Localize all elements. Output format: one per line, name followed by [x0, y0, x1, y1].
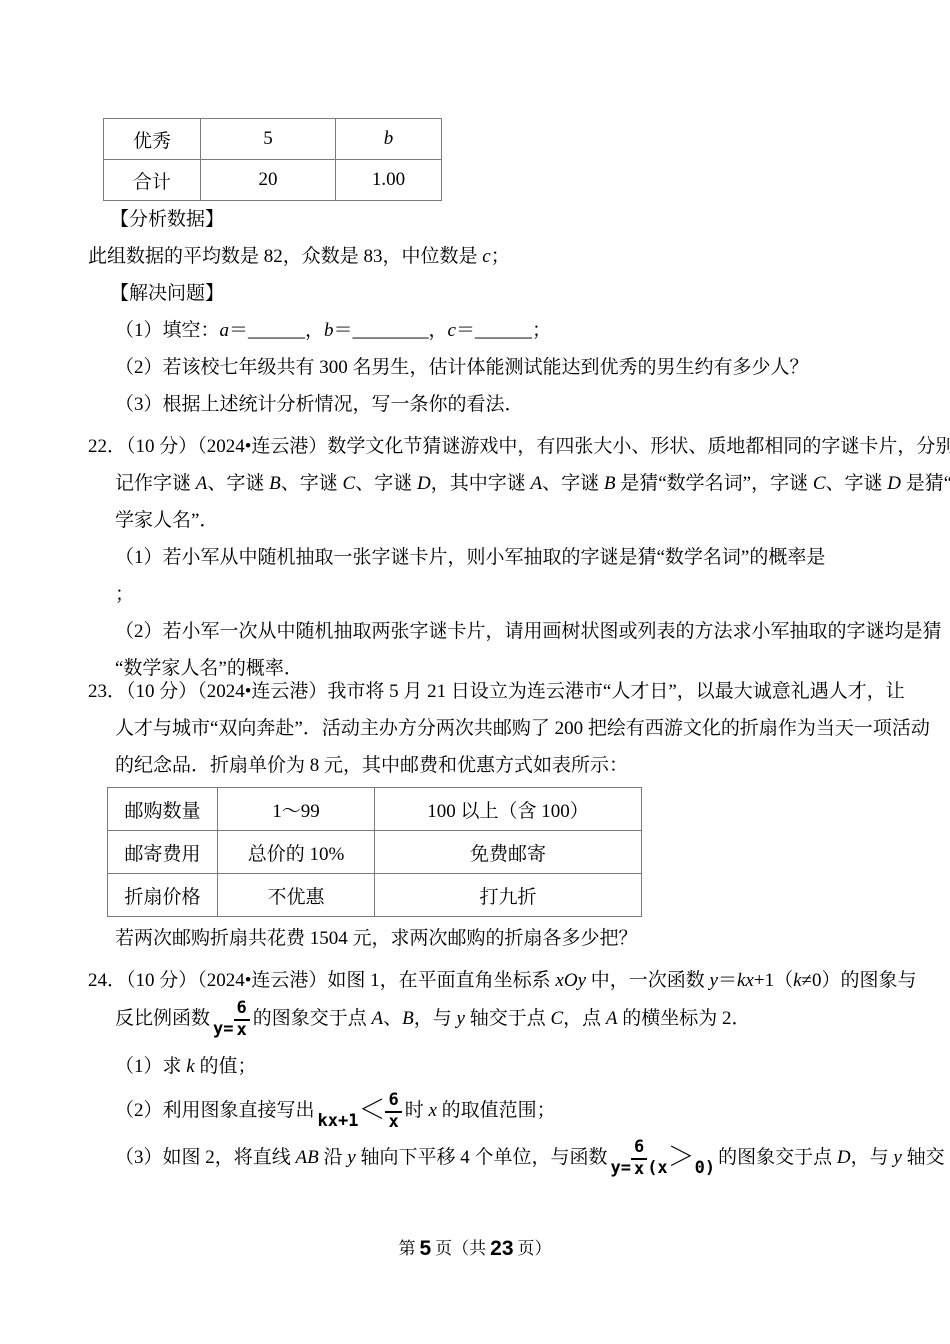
q21-part2: （2）若该校七年级共有 300 名男生，估计体能测试能达到优秀的男生约有多少人？: [88, 349, 900, 386]
current-page-number: 5: [419, 1237, 431, 1260]
q24-part2-suffix: 时 x 的取值范围；: [405, 1100, 556, 1121]
q22-part1-line2: ；: [88, 576, 900, 613]
exam-document-page: 优秀 5 b 合计 20 1.00 【分析数据】 此组数据的平均数是 82，众数…: [0, 0, 950, 1344]
q24-stem-text: （10 分）（2024•连云港）如图 1，在平面直角坐标系 xOy 中，一次函数…: [126, 970, 916, 991]
q22-line2: 记作字谜 A、字谜 B、字谜 C、字谜 D，其中字谜 A、字谜 B 是猜“数学名…: [88, 465, 900, 502]
q24-part3-prefix: （3）如图 2，将直线 AB 沿 y 轴向下平移 4 个单位，与函数: [115, 1147, 607, 1168]
quantity-range2-cell: 100 以上（含 100）: [375, 788, 642, 831]
q24-line2-prefix: 反比例函数: [115, 1008, 210, 1029]
fraction: 6x: [385, 1091, 401, 1132]
q24-part2: （2）利用图象直接写出kx+1＜6x时 x 的取值范围；: [88, 1091, 900, 1132]
reciprocal-function-domain-formula: y=6x(x＞0): [610, 1138, 715, 1179]
q24-part3: （3）如图 2，将直线 AB 沿 y 轴向下平移 4 个单位，与函数y=6x(x…: [88, 1138, 900, 1179]
fraction-numerator: 6: [234, 999, 250, 1021]
q23-stem-text: （10 分）（2024•连云港）我市将 5 月 21 日设立为连云港市“人才日”…: [126, 681, 905, 702]
footer-suffix: 页）: [518, 1239, 552, 1258]
fraction-denominator: x: [234, 1021, 250, 1041]
solve-problem-header: 【解决问题】: [88, 275, 900, 312]
mail-order-table: 邮购数量 1～99 100 以上（含 100） 邮寄费用 总价的 10% 免费邮…: [107, 787, 642, 917]
grade-label-cell: 优秀: [104, 119, 201, 160]
q23-question-text: 若两次邮购折扇共花费 1504 元，求两次邮购的折扇各多少把？: [88, 920, 900, 957]
reciprocal-function-formula: y=6x: [213, 999, 250, 1040]
domain-open: (x: [647, 1150, 667, 1187]
table-row: 合计 20 1.00: [104, 160, 442, 201]
formula-lhs: kx+1: [318, 1103, 359, 1140]
inequality-formula: kx+1＜6x: [318, 1091, 402, 1132]
total-label-cell: 合计: [104, 160, 201, 201]
q23-line2: 人才与城市“双向奔赴”．活动主办方分两次共邮购了 200 把绘有西游文化的折扇作…: [88, 710, 900, 747]
q24-part1: （1）求 k 的值；: [88, 1048, 900, 1085]
count-cell: 5: [201, 119, 336, 160]
q24-line2: 反比例函数y=6x的图象交于点 A、B，与 y 轴交于点 C，点 A 的横坐标为…: [88, 999, 900, 1040]
postage-range2-cell: 免费邮寄: [375, 831, 642, 874]
q21-part3: （3）根据上述统计分析情况，写一条你的看法．: [88, 386, 900, 423]
postage-range1-cell: 总价的 10%: [218, 831, 375, 874]
footer-prefix: 第: [398, 1239, 415, 1258]
less-than-sign: ＜: [358, 1092, 385, 1129]
total-count-cell: 20: [201, 160, 336, 201]
fraction: 6x: [631, 1138, 647, 1179]
price-range2-cell: 打九折: [375, 874, 642, 917]
fraction-denominator: x: [385, 1113, 401, 1133]
formula-lhs: y=: [213, 1011, 233, 1048]
q24-number: 24．: [88, 970, 126, 991]
q22-line3: 学家人名”．: [88, 502, 900, 539]
frequency-cell: b: [336, 119, 442, 160]
analysis-data-text: 此组数据的平均数是 82，众数是 83，中位数是 c；: [88, 238, 900, 275]
q23-line1: 23．（10 分）（2024•连云港）我市将 5 月 21 日设立为连云港市“人…: [88, 673, 900, 710]
q24-part2-prefix: （2）利用图象直接写出: [115, 1100, 315, 1121]
table-row: 优秀 5 b: [104, 119, 442, 160]
q21-part1-fill-blanks: （1）填空：a＝______，b＝________，c＝______；: [88, 312, 900, 349]
price-header-cell: 折扇价格: [108, 874, 218, 917]
frequency-table-partial: 优秀 5 b 合计 20 1.00: [103, 118, 442, 201]
quantity-range1-cell: 1～99: [218, 788, 375, 831]
total-pages: 23: [490, 1237, 513, 1260]
fraction: 6x: [234, 999, 250, 1040]
price-range1-cell: 不优惠: [218, 874, 375, 917]
domain-close: 0): [695, 1150, 715, 1187]
page-footer: 第5页（共23页）: [0, 1236, 950, 1262]
q22-part1-line1: （1）若小军从中随机抽取一张字谜卡片，则小军抽取的字谜是猜“数学名词”的概率是: [88, 539, 900, 576]
fraction-denominator: x: [631, 1160, 647, 1180]
total-frequency-cell: 1.00: [336, 160, 442, 201]
q23-number: 23．: [88, 681, 126, 702]
footer-middle: 页（共: [435, 1239, 486, 1258]
table-row: 邮购数量 1～99 100 以上（含 100）: [108, 788, 642, 831]
postage-header-cell: 邮寄费用: [108, 831, 218, 874]
fraction-numerator: 6: [385, 1091, 401, 1113]
q22-number: 22．: [88, 436, 126, 457]
q24-line2-suffix: 的图象交于点 A、B，与 y 轴交于点 C，点 A 的横坐标为 2．: [253, 1008, 751, 1029]
analysis-data-header: 【分析数据】: [88, 201, 900, 238]
table-row: 邮寄费用 总价的 10% 免费邮寄: [108, 831, 642, 874]
q23-line3: 的纪念品．折扇单价为 8 元，其中邮费和优惠方式如表所示：: [88, 747, 900, 784]
formula-lhs: y=: [610, 1150, 630, 1187]
quantity-header-cell: 邮购数量: [108, 788, 218, 831]
q24-line1: 24．（10 分）（2024•连云港）如图 1，在平面直角坐标系 xOy 中，一…: [88, 962, 900, 999]
table-row: 折扇价格 不优惠 打九折: [108, 874, 642, 917]
q22-part2-line1: （2）若小军一次从中随机抽取两张字谜卡片，请用画树状图或列表的方法求小军抽取的字…: [88, 613, 900, 650]
q22-line1: 22．（10 分）（2024•连云港）数学文化节猜谜游戏中，有四张大小、形状、质…: [88, 428, 900, 465]
greater-than-sign: ＞: [668, 1139, 695, 1176]
q24-part3-suffix: 的图象交于点 D，与 y 轴交: [718, 1147, 944, 1168]
fraction-numerator: 6: [631, 1138, 647, 1160]
q22-stem-text: （10 分）（2024•连云港）数学文化节猜谜游戏中，有四张大小、形状、质地都相…: [126, 436, 950, 457]
